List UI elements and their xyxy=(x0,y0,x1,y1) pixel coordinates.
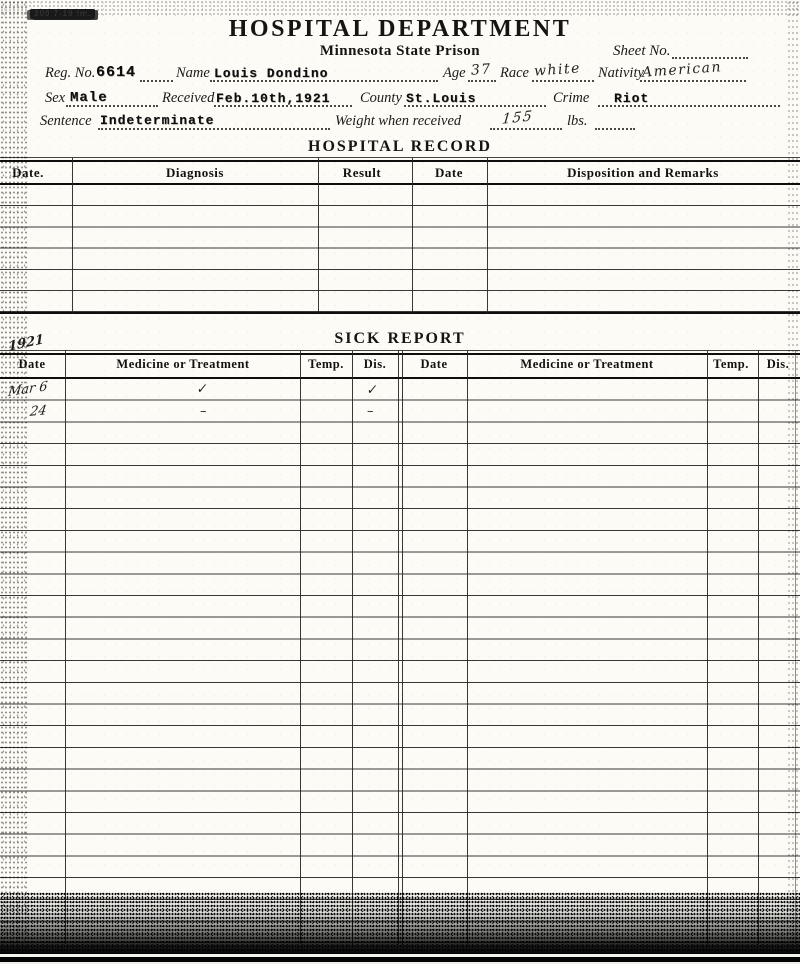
sentence-label: Sentence xyxy=(40,113,92,130)
sick-entry-date: 24 xyxy=(29,403,48,420)
rule xyxy=(402,351,403,944)
age-label: Age xyxy=(443,65,466,82)
sick-report-title: SICK REPORT xyxy=(0,330,800,348)
scan-noise-top-edge xyxy=(0,0,800,16)
rule xyxy=(0,160,800,162)
bottom-scan-line xyxy=(0,954,800,957)
rule xyxy=(214,105,352,107)
rule xyxy=(0,350,800,351)
reg-no-value: 6614 xyxy=(96,64,136,81)
rule xyxy=(300,351,301,944)
rule xyxy=(0,312,800,314)
sick-entry-medicine-mark: ✓ xyxy=(195,381,207,397)
sr-col-dis2: Dis. xyxy=(767,357,790,372)
sex-label: Sex xyxy=(45,90,65,107)
hr-col-result: Result xyxy=(343,165,381,181)
reg-no-label: Reg. No. xyxy=(45,65,95,82)
sr-col-date2: Date xyxy=(421,357,448,372)
nativity-value: American xyxy=(642,59,723,81)
rule xyxy=(532,80,594,82)
sick-entry-medicine-mark: – xyxy=(200,404,207,419)
rule xyxy=(318,158,319,313)
rule xyxy=(66,105,158,107)
sr-col-dis1: Dis. xyxy=(364,357,387,372)
rule xyxy=(72,158,73,313)
hr-col-disposition: Disposition and Remarks xyxy=(567,165,719,181)
sheet-no-blank xyxy=(672,57,748,59)
hospital-record-empty-rows xyxy=(0,185,800,312)
rule xyxy=(467,351,468,944)
rule xyxy=(140,80,173,82)
sr-col-medicine2: Medicine or Treatment xyxy=(520,357,653,372)
hospital-record-title: HOSPITAL RECORD xyxy=(0,138,800,156)
name-value: Louis Dondino xyxy=(214,66,328,81)
sex-value: Male xyxy=(70,90,108,106)
rule xyxy=(640,80,746,82)
age-value: 37 xyxy=(470,61,492,78)
hr-col-date2: Date xyxy=(435,165,463,181)
hr-col-date1: Date. xyxy=(12,165,44,181)
race-label: Race xyxy=(500,65,529,82)
hr-col-diagnosis: Diagnosis xyxy=(166,165,224,181)
sr-col-medicine1: Medicine or Treatment xyxy=(116,357,249,372)
crime-label: Crime xyxy=(553,90,589,107)
rule xyxy=(398,351,399,944)
county-label: County xyxy=(360,90,402,107)
rule xyxy=(412,158,413,313)
weight-value: 155 xyxy=(501,108,534,128)
sr-col-temp2: Temp. xyxy=(713,357,749,372)
nativity-label: Nativity xyxy=(598,65,644,82)
rule xyxy=(707,351,708,944)
sick-report-empty-rows xyxy=(0,379,800,943)
bottom-scan-bar xyxy=(0,957,800,962)
sr-col-temp1: Temp. xyxy=(308,357,344,372)
crime-value: Riot xyxy=(614,91,649,106)
document-title: HOSPITAL DEPARTMENT xyxy=(0,16,800,43)
rule xyxy=(795,351,796,944)
rule xyxy=(404,105,546,107)
rule xyxy=(352,351,353,944)
weight-unit-label: lbs. xyxy=(567,113,588,130)
rule xyxy=(0,353,800,355)
race-value: white xyxy=(533,60,581,79)
rule xyxy=(490,128,562,130)
rule xyxy=(598,105,780,107)
received-value: Feb.10th,1921 xyxy=(216,91,330,106)
county-value: St.Louis xyxy=(406,91,476,106)
weight-label: Weight when received xyxy=(335,113,461,130)
rule xyxy=(210,80,438,82)
sick-entry-dis-mark: – xyxy=(367,404,374,419)
sheet-no-label: Sheet No. xyxy=(613,43,671,60)
rule xyxy=(758,351,759,944)
rule xyxy=(98,128,330,130)
sentence-value: Indeterminate xyxy=(100,113,214,128)
received-label: Received xyxy=(162,90,214,107)
sr-col-date1: Date xyxy=(19,357,46,372)
rule xyxy=(0,157,800,158)
rule xyxy=(65,351,66,944)
document-page: 300 7-19 Im. HOSPITAL DEPARTMENT Minneso… xyxy=(0,0,800,964)
rule xyxy=(595,128,635,130)
rule xyxy=(468,80,496,82)
sick-entry-dis-mark: ✓ xyxy=(365,382,377,398)
rule xyxy=(487,158,488,313)
name-label: Name xyxy=(176,65,210,82)
